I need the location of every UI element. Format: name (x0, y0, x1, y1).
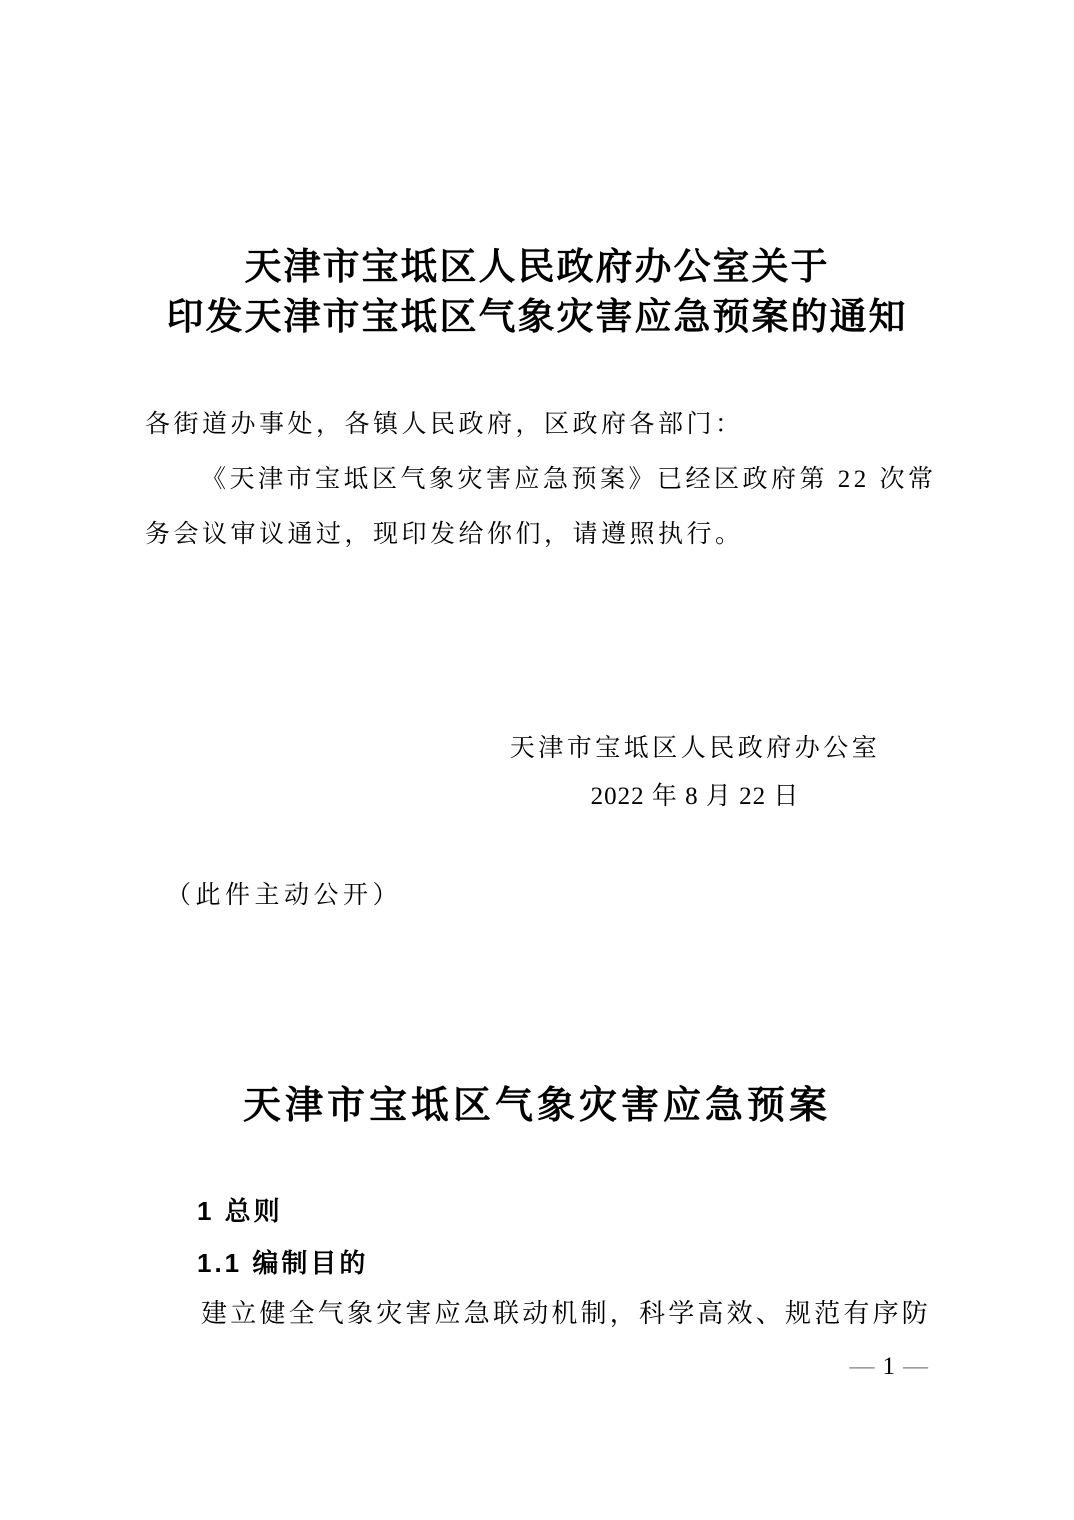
signature-block: 天津市宝坻区人民政府办公室 2022 年 8 月 22 日 (500, 725, 890, 821)
notice-title-line-1: 天津市宝坻区人民政府办公室关于 (0, 243, 1074, 293)
plan-title: 天津市宝坻区气象灾害应急预案 (0, 1084, 1074, 1128)
notice-title-line-2: 印发天津市宝坻区气象灾害应急预案的通知 (0, 293, 1074, 343)
notice-body-line-1: 《天津市宝坻区气象灾害应急预案》已经区政府第 22 次常 (145, 452, 945, 507)
footer-dash-right: — (897, 1352, 934, 1382)
page-number: 1 (881, 1352, 898, 1382)
disclosure-note: （此件主动公开） (166, 878, 402, 914)
page-number-footer: — 1 — (844, 1352, 935, 1382)
signature-issuer: 天津市宝坻区人民政府办公室 (500, 725, 890, 773)
document-page: 天津市宝坻区人民政府办公室关于 印发天津市宝坻区气象灾害应急预案的通知 各街道办… (0, 0, 1074, 1520)
subsection-heading-1-1: 1.1 编制目的 (197, 1248, 368, 1278)
salutation: 各街道办事处，各镇人民政府，区政府各部门： (145, 397, 945, 452)
footer-dash-left: — (844, 1352, 881, 1382)
notice-title: 天津市宝坻区人民政府办公室关于 印发天津市宝坻区气象灾害应急预案的通知 (0, 243, 1074, 343)
signature-date: 2022 年 8 月 22 日 (500, 773, 890, 821)
plan-body-line: 建立健全气象灾害应急联动机制，科学高效、规范有序防 (201, 1296, 931, 1332)
notice-body-line-2: 务会议审议通过，现印发给你们，请遵照执行。 (145, 507, 945, 562)
notice-body: 各街道办事处，各镇人民政府，区政府各部门： 《天津市宝坻区气象灾害应急预案》已经… (145, 397, 945, 562)
section-heading-1: 1 总则 (197, 1196, 283, 1226)
